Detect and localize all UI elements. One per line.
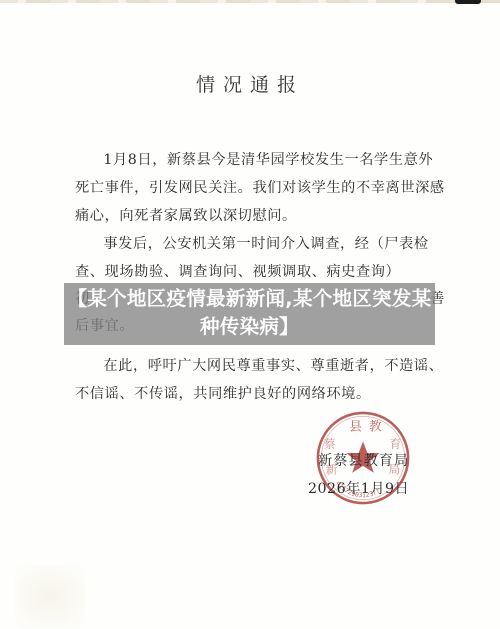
headline-overlay-text: 【某个地区疫情最新新闻,某个地区突发某种传染病】 [64,285,435,341]
paragraph-incident: 1月8日，新蔡县今是清华园学校发生一名学生意外死亡事件，引发网民关注。我们对该学… [75,146,445,230]
scan-top-edge [0,0,500,3]
svg-text:教: 教 [369,419,382,435]
signature-date: 2026年1月9日 [308,478,409,498]
document-title: 情况通报 [0,70,500,97]
paragraph-appeal: 在此，呼吁广大网民尊重事实、尊重逝者，不造谣、不信谣、不传谣，共同维护良好的网络… [75,352,445,408]
signature-organization: 新蔡县教育局 [318,450,409,470]
scan-edge-mark [455,0,481,4]
svg-text:县: 县 [349,420,362,435]
closing-paragraph-block: 在此，呼吁广大网民尊重事实、尊重逝者，不造谣、不信谣、不传谣，共同维护良好的网络… [75,352,445,408]
body-paragraphs: 1月8日，新蔡县今是清华园学校发生一名学生意外死亡事件，引发网民关注。我们对该学… [75,146,445,286]
paragraph-investigation: 事发后，公安机关第一时间介入调查，经（尸表检查、现场勘验、调查询问、视频调取、病… [75,230,445,286]
scan-bleed-mark [15,565,85,629]
